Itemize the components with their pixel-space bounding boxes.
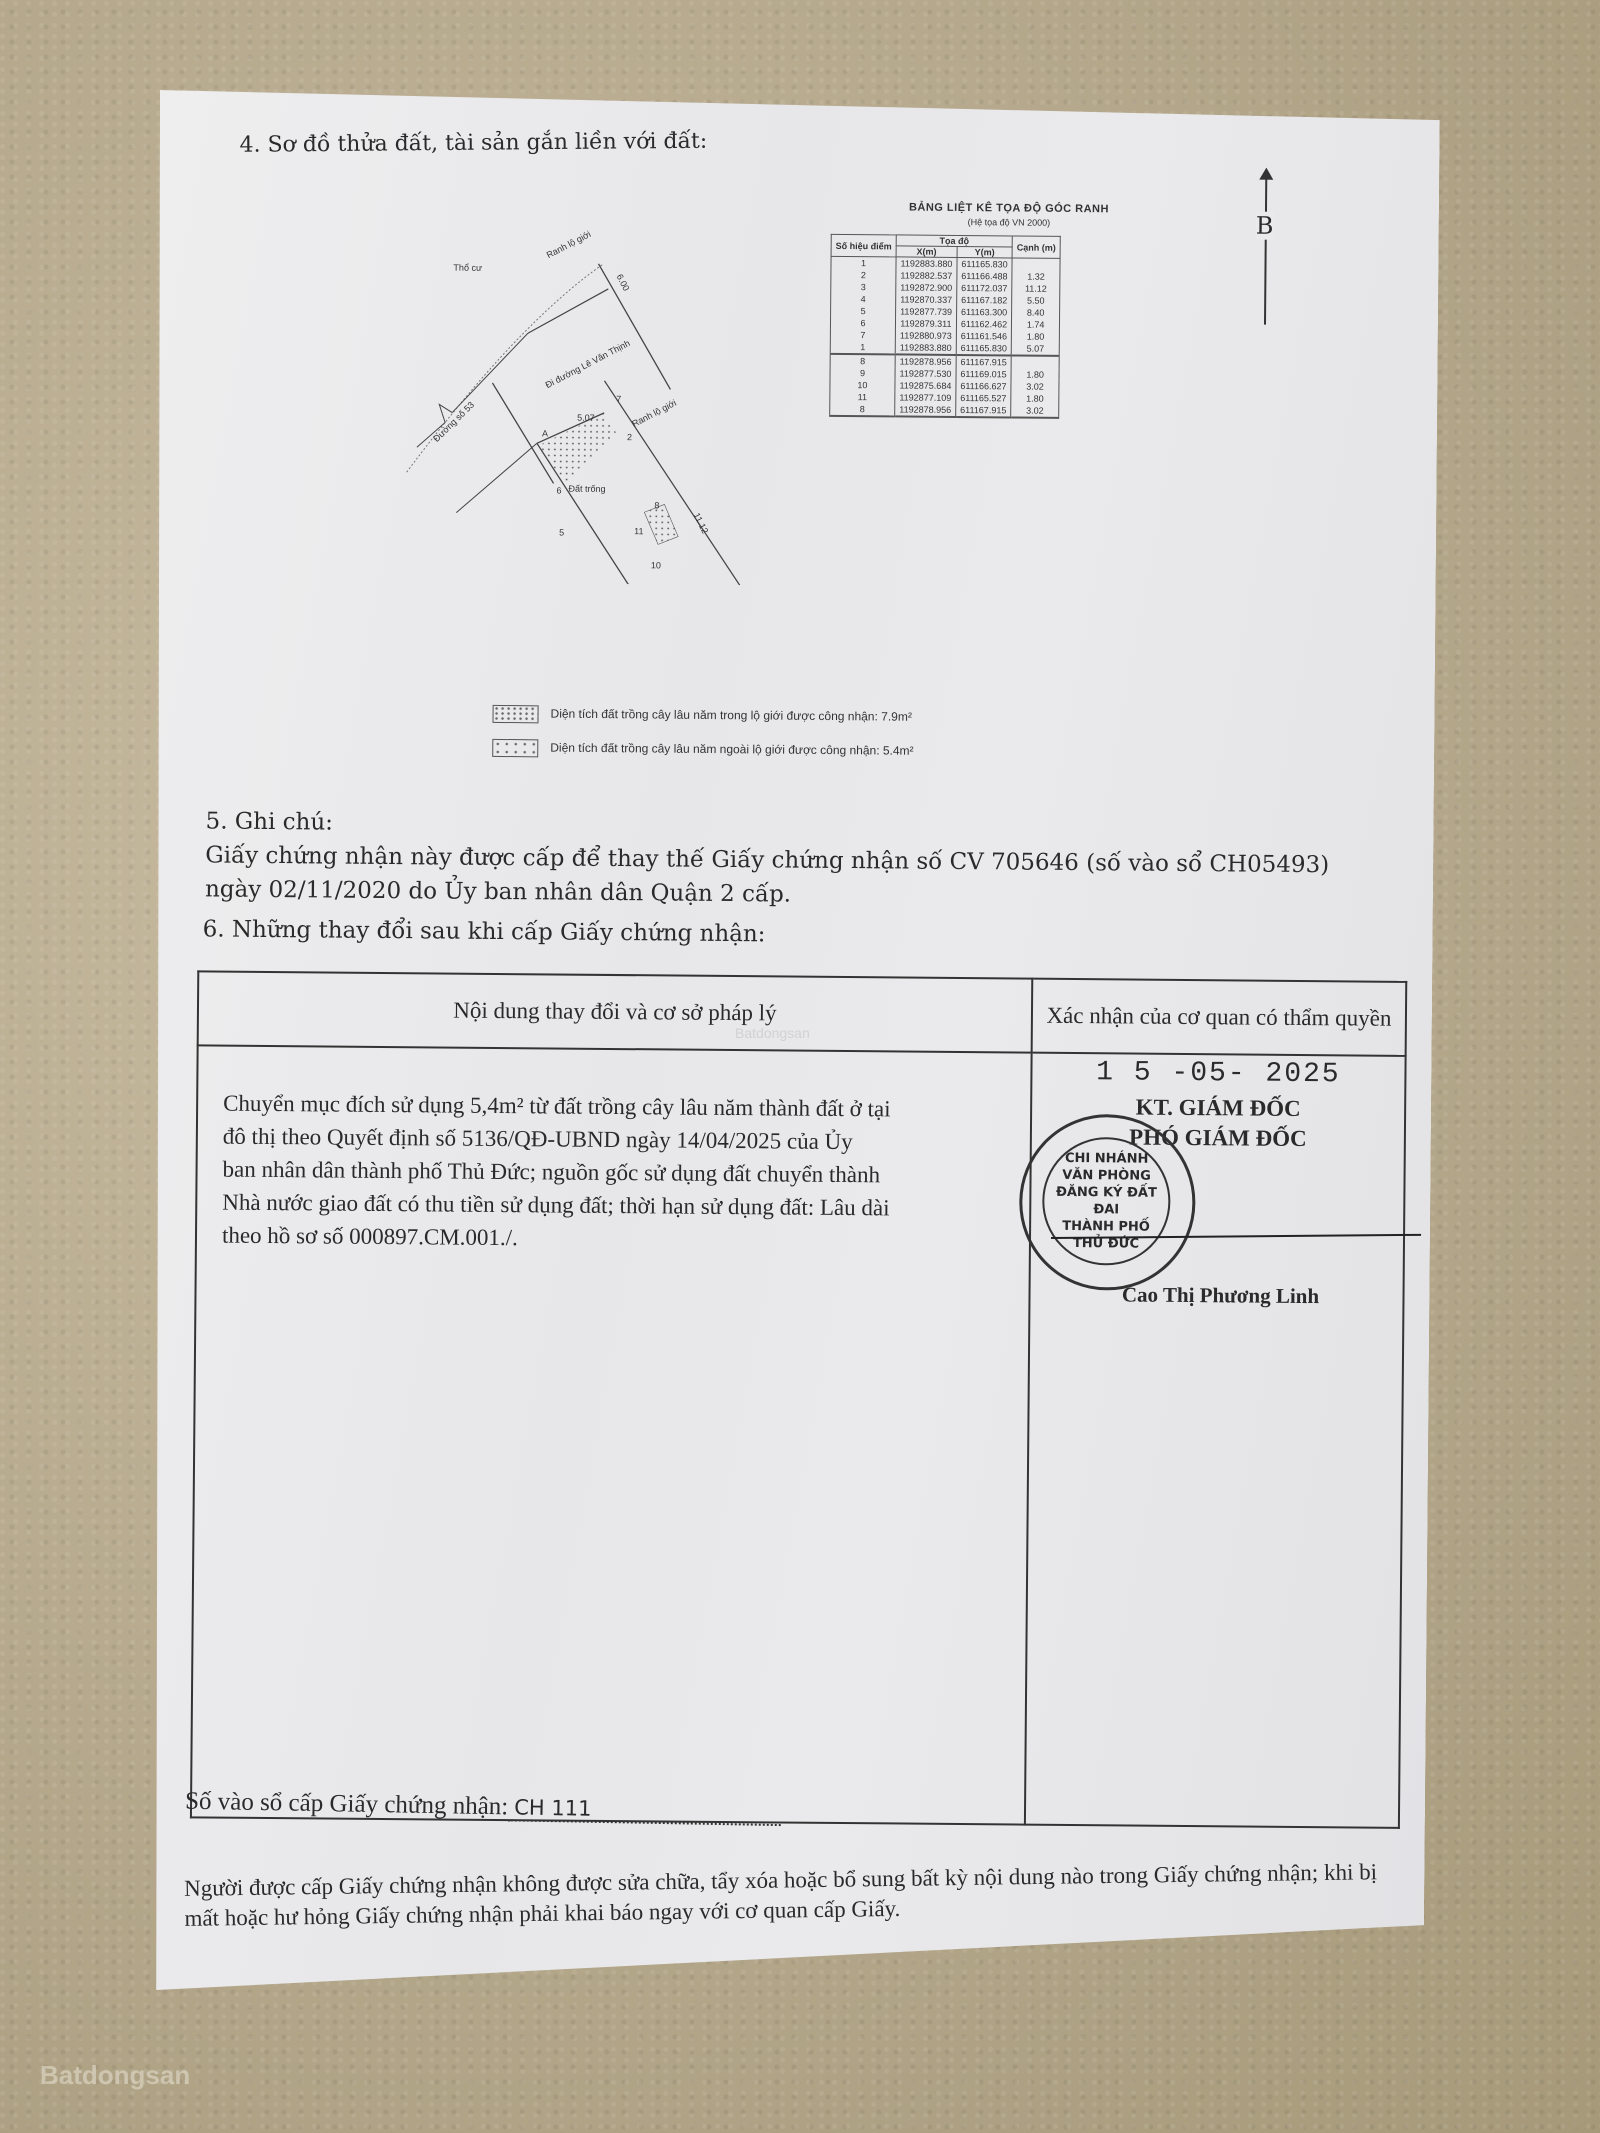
col-edge: Cạnh (m) [1012,236,1060,258]
certificate-page: 4. Sơ đồ thửa đất, tài sản gắn liền với … [143,90,1440,2001]
section5-line1: Giấy chứng nhận này được cấp để thay thế… [205,842,1329,878]
svg-text:10: 10 [651,560,661,570]
coord-table-title: BẢNG LIỆT KÊ TỌA ĐỘ GÓC RANH [859,201,1159,216]
north-line [1264,175,1267,325]
col-point: Số hiệu điểm [831,234,896,257]
sparse-dot-pattern-icon [492,739,538,757]
col-y: Y(m) [957,246,1012,257]
svg-text:5: 5 [559,528,564,538]
svg-text:Đất trống: Đất trống [568,484,605,494]
svg-text:6: 6 [556,485,561,495]
coordinate-table: Số hiệu điểm Tọa độ Cạnh (m) X(m) Y(m) 1… [829,234,1061,419]
section5-line2: ngày 02/11/2020 do Ủy ban nhân dân Quận … [205,876,791,907]
svg-text:Ranh lộ giới: Ranh lộ giới [545,229,593,260]
svg-text:Ranh lộ giới: Ranh lộ giới [630,398,678,429]
legend-item-outside: Diện tích đất trồng cây lâu năm ngoài lộ… [492,739,913,761]
svg-text:7: 7 [616,394,621,404]
svg-text:11.12: 11.12 [692,511,711,535]
section5-title: 5. Ghi chú: [206,808,334,835]
land-plot-diagram: Thổ cư Ranh lộ giới Đi đường Lê Văn Thịn… [396,182,839,586]
section4-title: 4. Sơ đồ thửa đất, tài sản gắn liền với … [239,129,707,158]
change-content: Chuyển mục đích sử dụng 5,4m² từ đất trồ… [191,1045,1032,1824]
official-seal-icon: CHI NHÁNH VĂN PHÒNG ĐĂNG KÝ ĐẤT ĐAI THÀN… [1019,1114,1197,1292]
signer-name: Cao Thị Phương Linh [1060,1282,1380,1310]
legend-item-inside: Diện tích đất trồng cây lâu năm trong lộ… [492,705,911,727]
svg-text:8: 8 [654,500,659,510]
changes-table: Nội dung thay đổi và cơ sở pháp lý Xác n… [190,970,1407,1829]
label-tho-cu-top: Thổ cư [453,263,482,273]
svg-text:A: A [542,428,548,438]
coord-row: 81192878.956611167.9153.02 [830,403,1059,418]
svg-text:Đi đường Lê Văn Thịnh: Đi đường Lê Văn Thịnh [544,338,632,390]
col-x: X(m) [896,246,957,258]
watermark-center: Batdongsan [735,1025,810,1041]
footer-notice: Người được cấp Giấy chứng nhận không đượ… [184,1857,1385,1934]
confirmation-cell: 1 5 -05- 2025 KT. GIÁM ĐỐC PHÓ GIÁM ĐỐC … [1025,1053,1406,1828]
svg-text:11: 11 [634,526,643,536]
svg-text:5.07: 5.07 [577,413,595,423]
svg-text:6.00: 6.00 [615,272,632,292]
section6-title: 6. Những thay đổi sau khi cấp Giấy chứng… [203,916,766,947]
coord-table-subtitle: (Hệ tọa độ VN 2000) [859,216,1159,229]
col-confirm-header: Xác nhận của cơ quan có thẩm quyền [1032,979,1407,1056]
svg-text:Đường số 53: Đường số 53 [431,400,476,444]
north-label: B [1256,212,1274,240]
col-content-header: Nội dung thay đổi và cơ sở pháp lý [198,971,1033,1052]
dense-dot-pattern-icon [492,705,538,723]
watermark-logo: Batdongsan [40,2060,190,2091]
svg-text:2: 2 [627,432,632,442]
stamp-date: 1 5 -05- 2025 [1033,1057,1403,1091]
